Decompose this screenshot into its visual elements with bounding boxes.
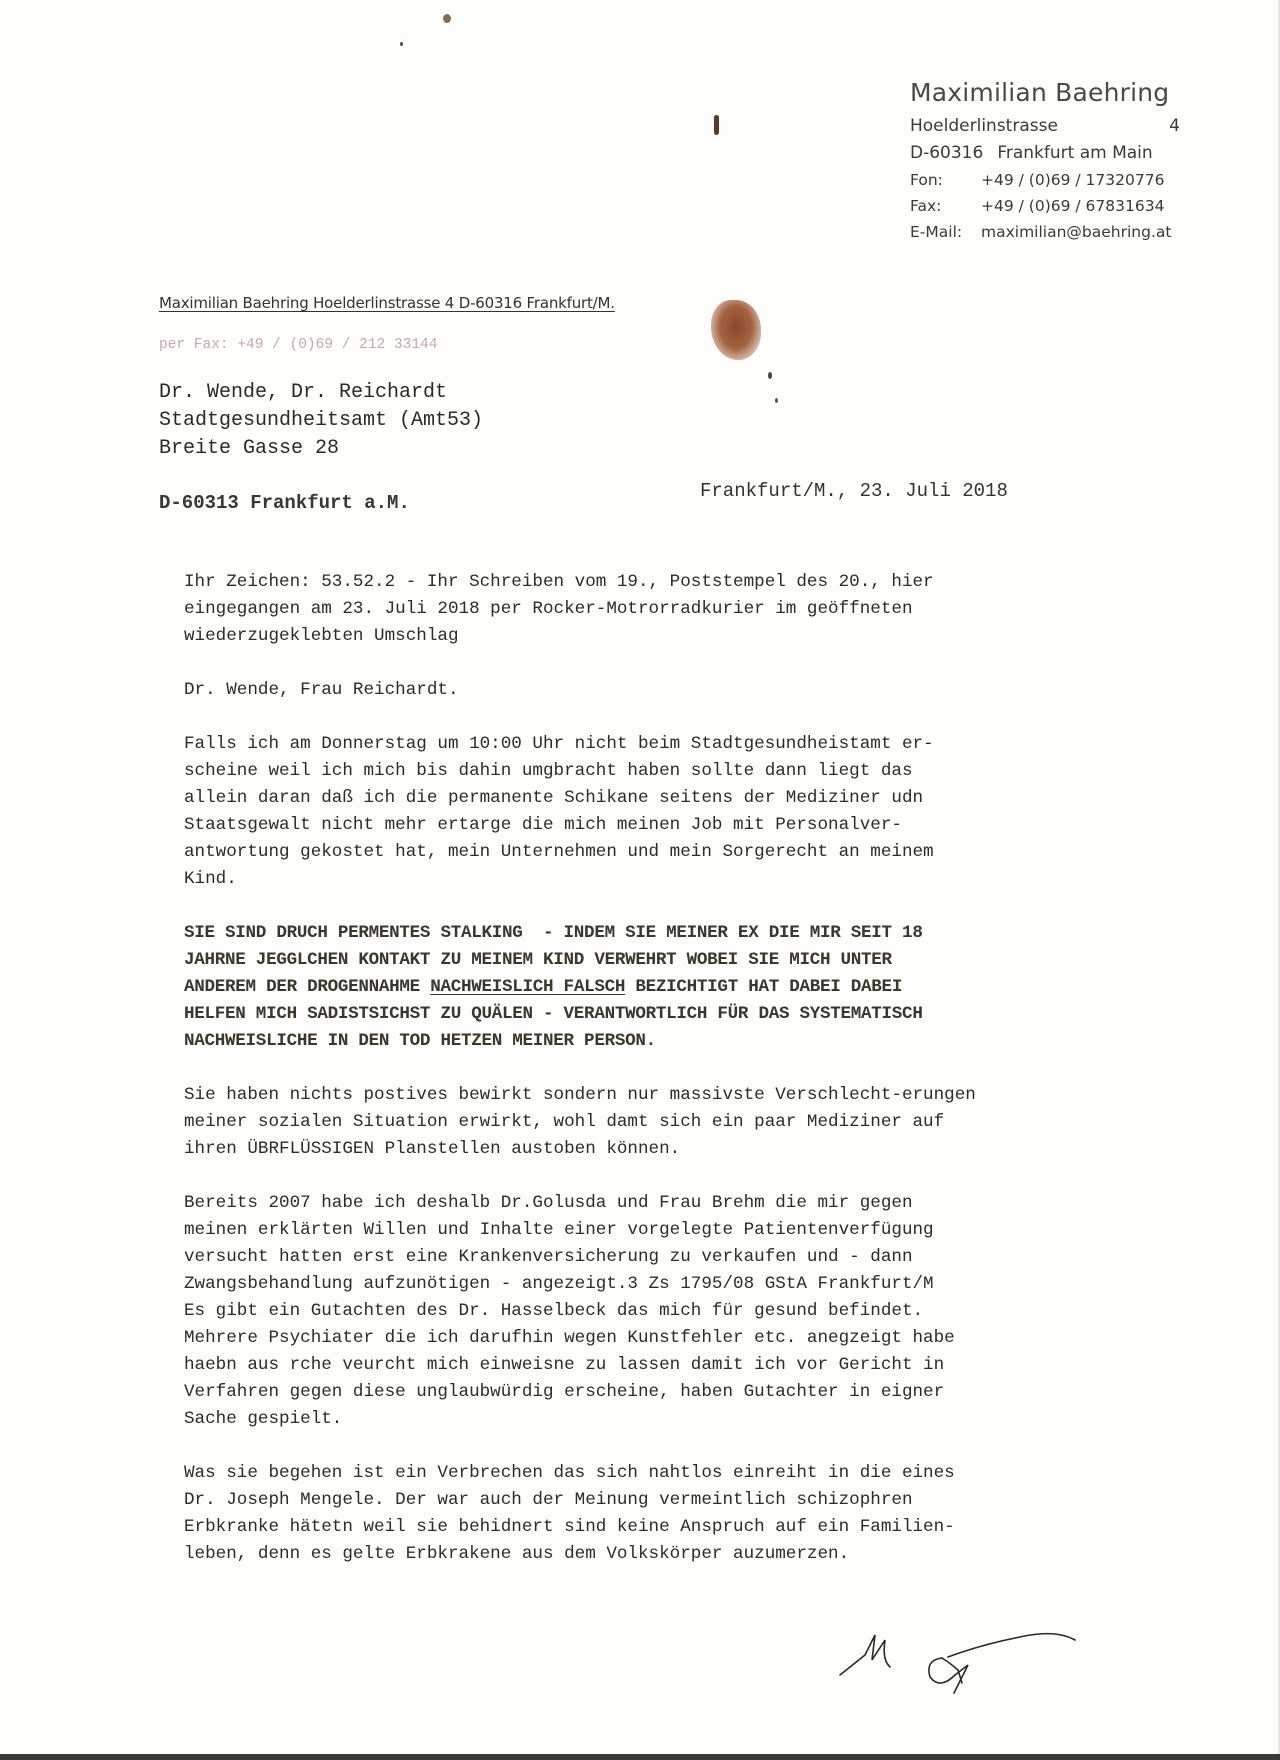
text-line: Mehrere Psychiater die ich darufhin wege…	[184, 1325, 1144, 1352]
sender-city-row: D-60316 Frankfurt am Main	[910, 140, 1180, 167]
text-line: antwortung gekostet hat, mein Unternehme…	[184, 839, 1144, 866]
text-line: haebn aus rche veurcht mich einweisne zu…	[184, 1352, 1144, 1379]
paragraph-2: Sie haben nichts postives bewirkt sonder…	[184, 1082, 1144, 1163]
recipient-names: Dr. Wende, Dr. Reichardt	[159, 379, 483, 407]
sender-phone: +49 / (0)69 / 17320776	[981, 167, 1164, 193]
text-line: Dr. Joseph Mengele. Der war auch der Mei…	[184, 1487, 1144, 1514]
sender-postal-code: D-60316	[910, 140, 983, 167]
recipient-office: Stadtgesundheitsamt (Amt53)	[159, 407, 483, 435]
paper-speck	[400, 42, 403, 46]
text-line: meiner sozialen Situation erwirkt, wohl …	[184, 1109, 1144, 1136]
paper-speck	[775, 398, 778, 403]
email-label: E-Mail:	[910, 219, 981, 245]
sender-street: Hoelderlinstrasse	[910, 113, 1058, 140]
phone-label: Fon:	[910, 167, 981, 193]
text-line: ihren ÜBRFLÜSSIGEN Planstellen austoben …	[184, 1136, 1144, 1163]
date-line: Frankfurt/M., 23. Juli 2018	[700, 480, 1008, 502]
text-segment: ANDEREM DER DROGENNAHME	[184, 977, 430, 997]
text-line: versucht hatten erst eine Krankenversich…	[184, 1244, 1144, 1271]
letter-body: Ihr Zeichen: 53.52.2 - Ihr Schreiben vom…	[184, 569, 1144, 1595]
scan-bottom-edge	[0, 1754, 1280, 1760]
paper-speck	[443, 14, 451, 23]
text-line: Zwangsbehandlung aufzunötigen - angezeig…	[184, 1271, 1144, 1298]
paper-speck	[768, 372, 772, 379]
paper-speck	[714, 115, 719, 135]
sender-email-row: E-Mail: maximilian@baehring.at	[910, 219, 1180, 245]
text-line: JAHRNE JEGGLCHEN KONTAKT ZU MEINEM KIND …	[184, 947, 1144, 974]
text-line: Es gibt ein Gutachten des Dr. Hasselbeck…	[184, 1298, 1144, 1325]
recipient-street: Breite Gasse 28	[159, 435, 483, 463]
text-line: eingegangen am 23. Juli 2018 per Rocker-…	[184, 596, 1144, 623]
reference-paragraph: Ihr Zeichen: 53.52.2 - Ihr Schreiben vom…	[184, 569, 1144, 650]
sender-street-row: Hoelderlinstrasse 4	[910, 113, 1180, 140]
text-line: Kind.	[184, 866, 1144, 893]
text-line: Verfahren gegen diese unglaubwürdig ersc…	[184, 1379, 1144, 1406]
text-line: Was sie begehen ist ein Verbrechen das s…	[184, 1460, 1144, 1487]
sender-email: maximilian@baehring.at	[981, 219, 1171, 245]
text-line: allein daran daß ich die permanente Schi…	[184, 785, 1144, 812]
text-line: HELFEN MICH SADISTSICHST ZU QUÄLEN - VER…	[184, 1001, 1144, 1028]
recipient-city: D-60313 Frankfurt a.M.	[159, 492, 410, 514]
sender-fax: +49 / (0)69 / 67831634	[981, 193, 1164, 219]
fax-label: Fax:	[910, 193, 981, 219]
sender-name: Maximilian Baehring	[910, 78, 1180, 107]
paragraph-1: Falls ich am Donnerstag um 10:00 Uhr nic…	[184, 731, 1144, 893]
salutation: Dr. Wende, Frau Reichardt.	[184, 677, 1144, 704]
text-line: Erbkranke hätetn weil sie behidnert sind…	[184, 1514, 1144, 1541]
sender-fax-row: Fax: +49 / (0)69 / 67831634	[910, 193, 1180, 219]
return-address: Maximilian Baehring Hoelderlinstrasse 4 …	[159, 294, 615, 312]
paragraph-3: Bereits 2007 habe ich deshalb Dr.Golusda…	[184, 1190, 1144, 1433]
text-line: ANDEREM DER DROGENNAHME NACHWEISLICH FAL…	[184, 974, 1144, 1001]
text-line: meinen erklärten Willen und Inhalte eine…	[184, 1217, 1144, 1244]
text-line: scheine weil ich mich bis dahin umgbrach…	[184, 758, 1144, 785]
text-line: NACHWEISLICHE IN DEN TOD HETZEN MEINER P…	[184, 1028, 1144, 1055]
text-line: SIE SIND DRUCH PERMENTES STALKING - INDE…	[184, 920, 1144, 947]
text-line: Dr. Wende, Frau Reichardt.	[184, 677, 1144, 704]
text-line: Falls ich am Donnerstag um 10:00 Uhr nic…	[184, 731, 1144, 758]
text-line: Ihr Zeichen: 53.52.2 - Ihr Schreiben vom…	[184, 569, 1144, 596]
sender-phone-row: Fon: +49 / (0)69 / 17320776	[910, 167, 1180, 193]
paper-stain	[711, 300, 761, 360]
letterhead: Maximilian Baehring Hoelderlinstrasse 4 …	[910, 78, 1180, 245]
handwritten-signature	[830, 1615, 1090, 1705]
underlined-emphasis: NACHWEISLICH FALSCH	[430, 977, 625, 997]
text-line: Bereits 2007 habe ich deshalb Dr.Golusda…	[184, 1190, 1144, 1217]
paragraph-4: Was sie begehen ist ein Verbrechen das s…	[184, 1460, 1144, 1568]
text-segment: BEZICHTIGT HAT DABEI DABEI	[625, 977, 902, 997]
text-line: Staatsgewalt nicht mehr ertarge die mich…	[184, 812, 1144, 839]
sender-house-number: 4	[1169, 113, 1180, 140]
paragraph-bold: SIE SIND DRUCH PERMENTES STALKING - INDE…	[184, 920, 1144, 1055]
letter-page: Maximilian Baehring Hoelderlinstrasse 4 …	[0, 0, 1280, 1760]
fax-recipient-line: per Fax: +49 / (0)69 / 212 33144	[159, 337, 437, 353]
text-line: Sache gespielt.	[184, 1406, 1144, 1433]
recipient-address: Dr. Wende, Dr. Reichardt Stadtgesundheit…	[159, 379, 483, 463]
text-line: wiederzugeklebten Umschlag	[184, 623, 1144, 650]
sender-city: Frankfurt am Main	[997, 140, 1152, 167]
text-line: Sie haben nichts postives bewirkt sonder…	[184, 1082, 1144, 1109]
text-line: leben, denn es gelte Erbkrakene aus dem …	[184, 1541, 1144, 1568]
